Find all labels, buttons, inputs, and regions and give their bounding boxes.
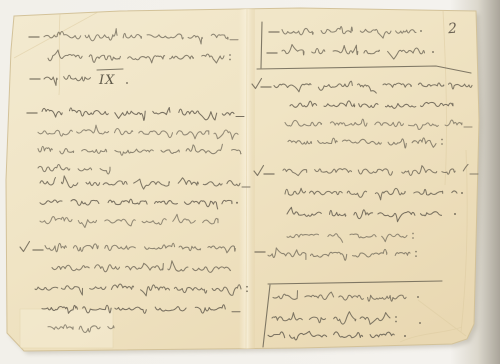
ink-dot: [229, 54, 231, 56]
ink-dot: [246, 286, 248, 288]
ink-dot: [441, 143, 443, 145]
ink-dot: [415, 251, 417, 253]
ink-dot: [420, 30, 422, 32]
ink-dot: [236, 202, 238, 204]
ink-dot: [441, 139, 443, 141]
manuscript-photo: 2 IX: [0, 0, 500, 364]
page-number: 2: [447, 21, 458, 38]
ink-dot: [415, 255, 417, 257]
ink-dot: [417, 296, 419, 298]
ink-dot: [229, 59, 231, 61]
ink-dot: [432, 51, 434, 53]
ink-dot: [412, 233, 414, 235]
ink-dot: [395, 321, 397, 323]
ink-dot: [461, 192, 463, 194]
ink-dot: [419, 322, 421, 324]
ink-dot: [412, 237, 414, 239]
ink-dot: [404, 335, 406, 337]
ink-dot: [126, 82, 128, 84]
ink-dot: [246, 290, 248, 292]
ink-dot: [395, 316, 397, 318]
roman-numeral-ix: IX: [98, 73, 115, 88]
manuscript-scan: 2 IX: [0, 0, 500, 364]
ink-dot: [454, 213, 456, 215]
